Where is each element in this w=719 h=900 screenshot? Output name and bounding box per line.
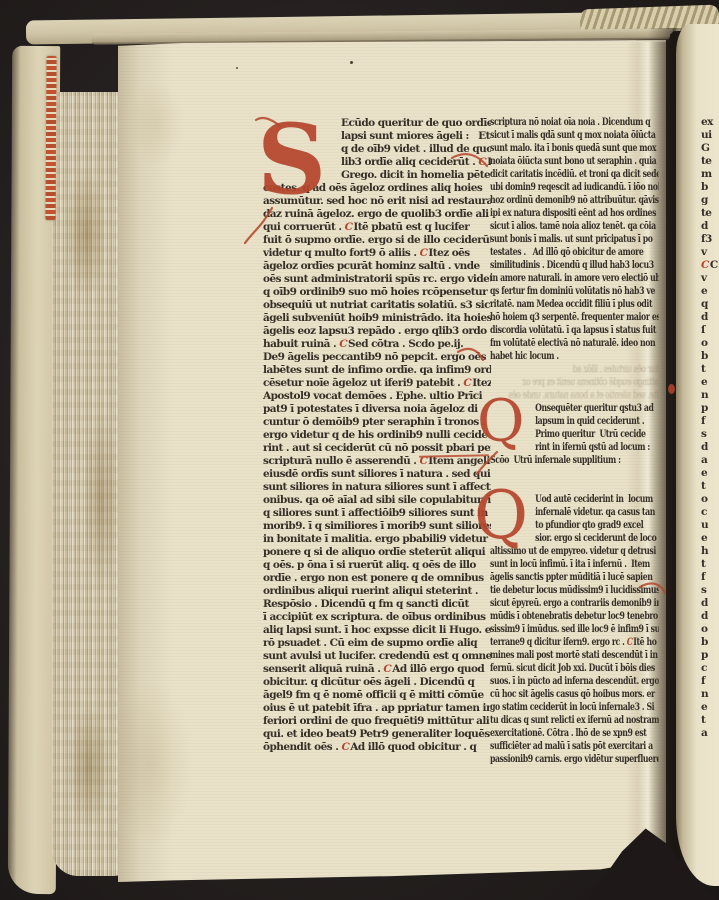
text-line: āgelis sanctis ppter mūditiā ī lucē sapi…	[490, 571, 659, 584]
text-line: ergo videtur q de his ordinib9 nulli cec…	[263, 429, 491, 442]
text-line: Respōsio . Dicendū q fm q sancti dicūt	[263, 598, 491, 611]
text-line: Apostol9 vocat demōes . Ephe. ultio Prīc…	[263, 390, 491, 403]
text-line: obsequiū ut nutriat caritatis solatiū. s…	[263, 299, 491, 312]
text-line: suos. ī in pūcto ad inferna descendūt. e…	[490, 675, 659, 688]
text-line: d	[701, 610, 719, 623]
text-line: u	[701, 519, 719, 532]
text-line: sufficiēter ad malū ī satis pōt exercita…	[490, 740, 659, 753]
text-line: tu dicas q sunt relicti ex ifernū ad nos…	[490, 714, 659, 727]
text-line: cuntur ō demōib9 pter seraphin ī tronos …	[263, 416, 491, 429]
text-line: ponere q si de aliquo ordīe steterūt ali…	[263, 546, 491, 559]
text-line: hō hoiem q3 serpentē. frequenter maior e…	[490, 311, 659, 324]
text-line: sunt in locū infimū. ī ita ī infernū . I…	[490, 558, 659, 571]
text-line: hoz ordinū demonib9 nō attribuūtur. qāvi…	[490, 194, 659, 207]
text-line: morib9. ī q similiores ī morib9 sunt sil…	[263, 520, 491, 533]
text-line: o	[701, 493, 719, 506]
text-line: v	[701, 246, 719, 259]
text-line: p	[701, 402, 719, 415]
rubricated-initial-s: S	[257, 114, 326, 206]
text-line: sunt siliores in natura siliores sunt ī …	[263, 481, 491, 494]
text-line: ui	[701, 129, 719, 142]
text-line: b	[701, 636, 719, 649]
text-line: labētes sunt de infimo ordīe. qa infim9 …	[263, 364, 491, 377]
text-line: t	[701, 480, 719, 493]
page-speck	[236, 67, 238, 69]
text-line: m	[701, 168, 719, 181]
text-line: ordīe . ergo non est ponere q de omnibus	[263, 572, 491, 585]
text-line: n	[701, 688, 719, 701]
text-line: cēsetur noīe āgeloz ut iferi9 patebit . …	[263, 377, 491, 390]
text-line: f	[701, 415, 719, 428]
text-line: passionib9 carnis. ergo vidētur superflu…	[490, 753, 659, 766]
text-line: q	[701, 298, 719, 311]
text-line: oēs sunt administratorii spūs rc. ergo v…	[263, 273, 491, 286]
text-line: fernū. sicut dicit Job xxi. Ducūt ī bōis…	[490, 662, 659, 675]
text-line: discordia volūtatū. ī qa lapsus ī status…	[490, 324, 659, 337]
text-line: in amore naturali. in amore vero electiō…	[490, 272, 659, 285]
text-line: e	[701, 376, 719, 389]
text-line: āgeli subveniūt hoib9 ministrādo. ita ho…	[263, 312, 491, 325]
text-line: t	[701, 363, 719, 376]
facing-page-sliver: exuiGtembgtedf3vCCveqdſobtenpfsdaetocueh…	[676, 24, 719, 886]
text-line: ōphendit oēs . CAd illō quod obicitur . …	[263, 741, 491, 754]
text-line: sunt bonis ī malis. ut sunt prīcipatus ī…	[490, 233, 659, 246]
text-line: f	[701, 675, 719, 688]
text-line: dicit caritatis incēdiū. et troni qa dic…	[490, 168, 659, 181]
book-photograph: { "description": "Photograph of an early…	[0, 0, 719, 900]
text-line: G	[701, 142, 719, 155]
capitulum-mark: C	[463, 377, 472, 389]
capitulum-mark: C	[339, 338, 348, 350]
text-line: v	[701, 272, 719, 285]
text-line: ī accipiūt ex scriptura. de oībus ordini…	[263, 611, 491, 624]
text-line: sicut ī alios. tamē noia alioz tenēt. qa…	[490, 220, 659, 233]
text-line: c	[701, 506, 719, 519]
text-line: n	[701, 389, 719, 402]
capitulum-mark: C	[701, 259, 710, 271]
page-speck	[350, 61, 353, 64]
text-line: e	[701, 285, 719, 298]
text-line: q siliores sunt ī affectiōib9 siliores s…	[263, 507, 491, 520]
text-line: t	[701, 714, 719, 727]
text-line: rō psuadet . Cū eim de supmo ordīe aliq	[263, 637, 491, 650]
text-line: sicut ēpyreū. ergo a contrariis demonib9…	[490, 597, 659, 610]
text-line: e	[701, 532, 719, 545]
text-line: s	[701, 584, 719, 597]
text-line: a	[701, 727, 719, 740]
capitulum-mark: C	[345, 221, 354, 233]
text-line: go statim ceciderūt in locū infernale3 .…	[490, 701, 659, 714]
text-line: g	[701, 194, 719, 207]
text-line: scriptura nō noiat oīa noia . Dicendum q	[490, 116, 659, 129]
text-line: t	[701, 558, 719, 571]
text-line: d	[701, 597, 719, 610]
rubricated-initial-q1: Q	[477, 392, 525, 450]
capitulum-mark: C	[383, 663, 392, 675]
text-line: q oīb9 ordinib9 suo mō hoies rcōpensetur	[263, 286, 491, 299]
text-line: h	[701, 545, 719, 558]
text-line: sunt avulsi ut lucifer. credendū est q o…	[263, 650, 491, 663]
text-line: te	[701, 155, 719, 168]
text-line: b	[701, 350, 719, 363]
text-line: qs fertur fm dominiū volūtatis nō hab3 v…	[490, 285, 659, 298]
text-line: De9 āgelis peccantib9 nō pepcit. ergo oē…	[263, 351, 491, 364]
text-line: eiusdē ordīs sunt siliores ī natura . se…	[263, 468, 491, 481]
text-line: tie debetur locus mūdissim9 ī lucidissim…	[490, 584, 659, 597]
text-line: a	[701, 454, 719, 467]
text-line: testates . Ad illō qō obicitur de amore	[490, 246, 659, 259]
text-line: pat9 ī potestates ī diversa noia āgeloz …	[263, 403, 491, 416]
text-line: cū hoc sit āgelis casus qō hoibus mors. …	[490, 688, 659, 701]
text-line: senserit aliquā ruinā . CAd illō ergo qu…	[263, 663, 491, 676]
text-line: ritatē. nam Medea occidit filiū ī plus o…	[490, 298, 659, 311]
text-line: in bonitate ī malitia. ergo pbabili9 vid…	[263, 533, 491, 546]
text-line: p	[701, 649, 719, 662]
text-line: b	[701, 181, 719, 194]
text-line: tur oēs uirtutes . illōz ad	[490, 363, 659, 376]
text-line: ſ	[701, 324, 719, 337]
text-line: ubi domin9 reqescit ad iudicandū. ī iōo …	[490, 181, 659, 194]
text-line: c	[701, 662, 719, 675]
text-line: e	[701, 467, 719, 480]
text-line: onibus. qa oē aīal ad sibi sile copulabi…	[263, 494, 491, 507]
text-line: noiata ōiūcta sunt bono ut seraphin . qu…	[490, 155, 659, 168]
text-line: d	[701, 441, 719, 454]
text-line: obicitur. q dicūtur oēs āgeli . Dicendū …	[263, 676, 491, 689]
text-line: rint . aut si ceciderūt cū nō possit pba…	[263, 442, 491, 455]
text-line: sicut ī malis qdā sunt q mox noiata ōiūc…	[490, 129, 659, 142]
text-line: sunt malo. ita ī bonis quedā sunt que mo…	[490, 142, 659, 155]
text-line: sissim9 ī imūdus. sed ille loc9 ē infim9…	[490, 623, 659, 636]
text-line: d	[701, 220, 719, 233]
text-line: similitudinis . Dicendū q illud hab3 loc…	[490, 259, 659, 272]
text-line: videtur q multo fort9 ō aliis . CItez oē…	[263, 247, 491, 260]
text-line: feriori ordini de quo frequēti9 mittūtur…	[263, 715, 491, 728]
text-line: āgeloz ordīes pcurāt hominz saltū . vnde	[263, 260, 491, 273]
text-line: CC	[701, 259, 719, 272]
text-line: Scōo Utrū infernale supplitium :	[490, 454, 659, 467]
text-line: exercitationē. Cōtra . lhō de se xpn9 es…	[490, 727, 659, 740]
capitulum-mark: C	[627, 636, 634, 648]
text-line: ipi ex natura dispositi eēnt ad hos ordi…	[490, 207, 659, 220]
text-line: fm volūtatē electivā nō naturalē. ideo n…	[490, 337, 659, 350]
text-line: mūdis ī obtenebratis debetur loc9 tenebr…	[490, 610, 659, 623]
capitulum-mark: C	[341, 741, 350, 753]
text-line: oius ē ut patebit īfra . ap ppriatur tam…	[263, 702, 491, 715]
text-line: qui corruerūt . CItē pbatū est q lucifer	[263, 221, 491, 234]
text-line: habet hic locum .	[490, 350, 659, 363]
text-line: o	[701, 623, 719, 636]
capitulum-mark: C	[420, 247, 429, 259]
text-line: qui. et ideo beat9 Petr9 generaliter loq…	[263, 728, 491, 741]
text-line: o	[701, 337, 719, 350]
text-line: te	[701, 207, 719, 220]
text-line: āgelis eoz lapsu3 repādo . ergo qlib3 or…	[263, 325, 491, 338]
text-line: e	[701, 701, 719, 714]
rubricated-initial-q2: Q	[474, 484, 528, 548]
text-line: s	[701, 428, 719, 441]
text-line: f	[701, 571, 719, 584]
text-line: habuit ruinā . CSed cōtra . Scdo pe.ij.	[263, 338, 491, 351]
facing-page-text-fragments: exuiGtembgtedf3vCCveqdſobtenpfsdaetocueh…	[701, 116, 719, 740]
text-line: q oēs. p ōna ī si ruerūt aliq. q oēs de …	[263, 559, 491, 572]
text-line: ordinibus aliqui ruerint aliqui steterin…	[263, 585, 491, 598]
red-patterned-tab	[45, 56, 56, 220]
text-line: fuit ō supmo ordīe. ergo si de illo ceci…	[263, 234, 491, 247]
text-line: terrane9 q dicitur ifern9. ergo rc . CIt…	[490, 636, 659, 649]
text-line: mines mali post mortē stati descendūt ī …	[490, 649, 659, 662]
text-line: ex	[701, 116, 719, 129]
text-line: f3	[701, 233, 719, 246]
text-line: āgel9 fm q ē nomē officii q ē mitti cōmū…	[263, 689, 491, 702]
text-line: aliq lapsi sunt. ī hoc expsse dicit li H…	[263, 624, 491, 637]
text-line: d	[701, 311, 719, 324]
capitulum-mark: C	[478, 156, 487, 168]
red-ink-spot	[668, 384, 675, 394]
